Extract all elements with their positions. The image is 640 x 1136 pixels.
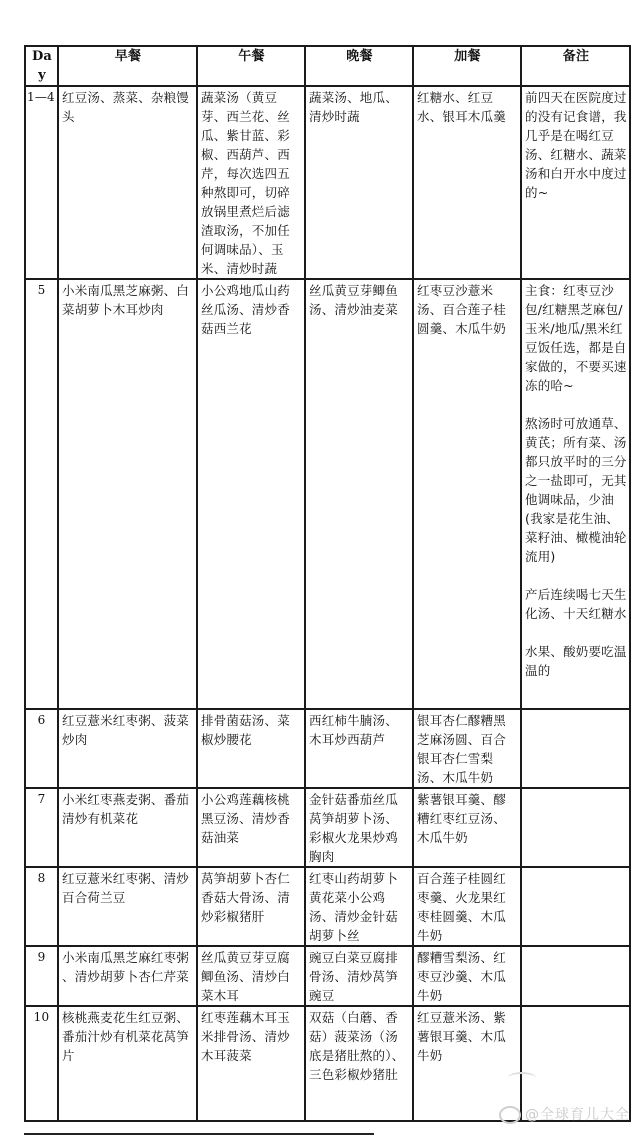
breakfast-cell: 红豆汤、蒸菜、杂粮馒头 (58, 86, 197, 279)
postpartum-meal-table: Day 早餐 午餐 晚餐 加餐 备注 1—4 红豆汤、蒸菜、杂粮馒头 蔬菜汤（黄… (24, 45, 631, 1122)
dinner-cell: 红枣山药胡萝卜黄花菜小公鸡汤、清炒金针菇胡萝卜丝 (305, 867, 413, 946)
table-row: 5 小米南瓜黑芝麻粥、白菜胡萝卜木耳炒肉 小公鸡地瓜山药丝瓜汤、清炒香菇西兰花 … (25, 279, 630, 709)
header-breakfast: 早餐 (58, 46, 197, 86)
breakfast-cell: 小米南瓜黑芝麻粥、白菜胡萝卜木耳炒肉 (58, 279, 197, 709)
table-row: 1—4 红豆汤、蒸菜、杂粮馒头 蔬菜汤（黄豆芽、西兰花、丝瓜、紫甘蓝、彩椒、西葫… (25, 86, 630, 279)
notes-cell (521, 946, 630, 1006)
notes-cell (521, 709, 630, 788)
header-lunch: 午餐 (197, 46, 305, 86)
breakfast-cell: 小米红枣燕麦粥、番茄清炒有机菜花 (58, 788, 197, 867)
lunch-cell: 小公鸡地瓜山药丝瓜汤、清炒香菇西兰花 (197, 279, 305, 709)
note-paragraph-seasoning: 熬汤时可放通草、黄芪；所有菜、汤都只放平时的三分之一盐即可，无其他调味品，少油(… (525, 414, 627, 566)
lunch-cell: 红枣莲藕木耳玉米排骨汤、清炒木耳菠菜 (197, 1006, 305, 1121)
weibo-logo-icon (499, 1106, 521, 1124)
day-cell: 7 (25, 788, 58, 867)
note-paragraph-staple: 主食：红枣豆沙包/红糖黑芝麻包/玉米/地瓜/黑米红豆饭任选，都是自家做的，不要买… (525, 281, 627, 395)
day-cell: 1—4 (25, 86, 58, 279)
breakfast-cell: 小米南瓜黑芝麻红枣粥 、清炒胡萝卜杏仁芹菜 (58, 946, 197, 1006)
breakfast-cell: 红豆薏米红枣粥、菠菜炒肉 (58, 709, 197, 788)
dinner-cell: 丝瓜黄豆芽鲫鱼汤、清炒油麦菜 (305, 279, 413, 709)
snack-cell: 紫薯银耳羹、醪糟红枣红豆汤、木瓜牛奶 (413, 788, 521, 867)
dinner-cell: 豌豆白菜豆腐排骨汤、清炒莴笋豌豆 (305, 946, 413, 1006)
note-paragraph-fruit: 水果、酸奶要吃温温的 (525, 642, 627, 680)
day-cell: 5 (25, 279, 58, 709)
table-row: 7 小米红枣燕麦粥、番茄清炒有机菜花 小公鸡莲藕核桃黑豆汤、清炒香菇油菜 金针菇… (25, 788, 630, 867)
table-row: 8 红豆薏米红枣粥、清炒百合荷兰豆 莴笋胡萝卜杏仁香菇大骨汤、清炒彩椒猪肝 红枣… (25, 867, 630, 946)
snack-cell: 红糖水、红豆水、银耳木瓜羹 (413, 86, 521, 279)
header-dinner: 晚餐 (305, 46, 413, 86)
notes-cell (521, 867, 630, 946)
snack-cell: 百合莲子桂圆红枣羹、火龙果红枣桂圆羹、木瓜牛奶 (413, 867, 521, 946)
dinner-cell: 双菇（白蘑、香菇）菠菜汤（汤底是猪肚熬的）、三色彩椒炒猪肚 (305, 1006, 413, 1121)
dinner-cell: 西红柿牛腩汤、木耳炒西葫芦 (305, 709, 413, 788)
snack-cell: 红枣豆沙薏米汤、百合莲子桂圆羹、木瓜牛奶 (413, 279, 521, 709)
note-paragraph-postpartum: 产后连续喝七天生化汤、十天红糖水 (525, 585, 627, 623)
header-day: Day (25, 46, 58, 86)
weibo-watermark: @全球育儿大全 (499, 1104, 630, 1124)
table-row: 6 红豆薏米红枣粥、菠菜炒肉 排骨菌菇汤、菜椒炒腰花 西红柿牛腩汤、木耳炒西葫芦… (25, 709, 630, 788)
day-cell: 6 (25, 709, 58, 788)
footnote-divider (24, 1133, 374, 1135)
lunch-cell: 小公鸡莲藕核桃黑豆汤、清炒香菇油菜 (197, 788, 305, 867)
table-header-row: Day 早餐 午餐 晚餐 加餐 备注 (25, 46, 630, 86)
day-cell: 8 (25, 867, 58, 946)
snack-cell: 醪糟雪梨汤、红枣豆沙羹、木瓜牛奶 (413, 946, 521, 1006)
breakfast-cell: 核桃燕麦花生红豆粥、番茄汁炒有机菜花莴笋片 (58, 1006, 197, 1121)
lunch-cell: 莴笋胡萝卜杏仁香菇大骨汤、清炒彩椒猪肝 (197, 867, 305, 946)
day-cell: 9 (25, 946, 58, 1006)
notes-cell: 主食：红枣豆沙包/红糖黑芝麻包/玉米/地瓜/黑米红豆饭任选，都是自家做的，不要买… (521, 279, 630, 709)
dinner-cell: 金针菇番茄丝瓜莴笋胡萝卜汤、彩椒火龙果炒鸡胸肉 (305, 788, 413, 867)
header-snack: 加餐 (413, 46, 521, 86)
dinner-cell: 蔬菜汤、地瓜、清炒时蔬 (305, 86, 413, 279)
watermark-text: @全球育儿大全 (525, 1107, 630, 1123)
day-cell: 10 (25, 1006, 58, 1121)
watermark-swirl (508, 1072, 536, 1084)
lunch-cell: 丝瓜黄豆芽豆腐鲫鱼汤、清炒白菜木耳 (197, 946, 305, 1006)
table-row: 9 小米南瓜黑芝麻红枣粥 、清炒胡萝卜杏仁芹菜 丝瓜黄豆芽豆腐鲫鱼汤、清炒白菜木… (25, 946, 630, 1006)
notes-cell: 前四天在医院度过的没有记食谱，我几乎是在喝红豆汤、红糖水、蔬菜汤和白开水中度过的… (521, 86, 630, 279)
notes-cell (521, 788, 630, 867)
note-paragraph: 前四天在医院度过的没有记食谱，我几乎是在喝红豆汤、红糖水、蔬菜汤和白开水中度过的… (525, 88, 627, 202)
header-notes: 备注 (521, 46, 630, 86)
snack-cell: 银耳杏仁醪糟黑芝麻汤圆、百合银耳杏仁雪梨汤、木瓜牛奶 (413, 709, 521, 788)
lunch-cell: 蔬菜汤（黄豆芽、西兰花、丝瓜、紫甘蓝、彩椒、西葫芦、西芹，每次选四五种熬即可，切… (197, 86, 305, 279)
lunch-cell: 排骨菌菇汤、菜椒炒腰花 (197, 709, 305, 788)
breakfast-cell: 红豆薏米红枣粥、清炒百合荷兰豆 (58, 867, 197, 946)
